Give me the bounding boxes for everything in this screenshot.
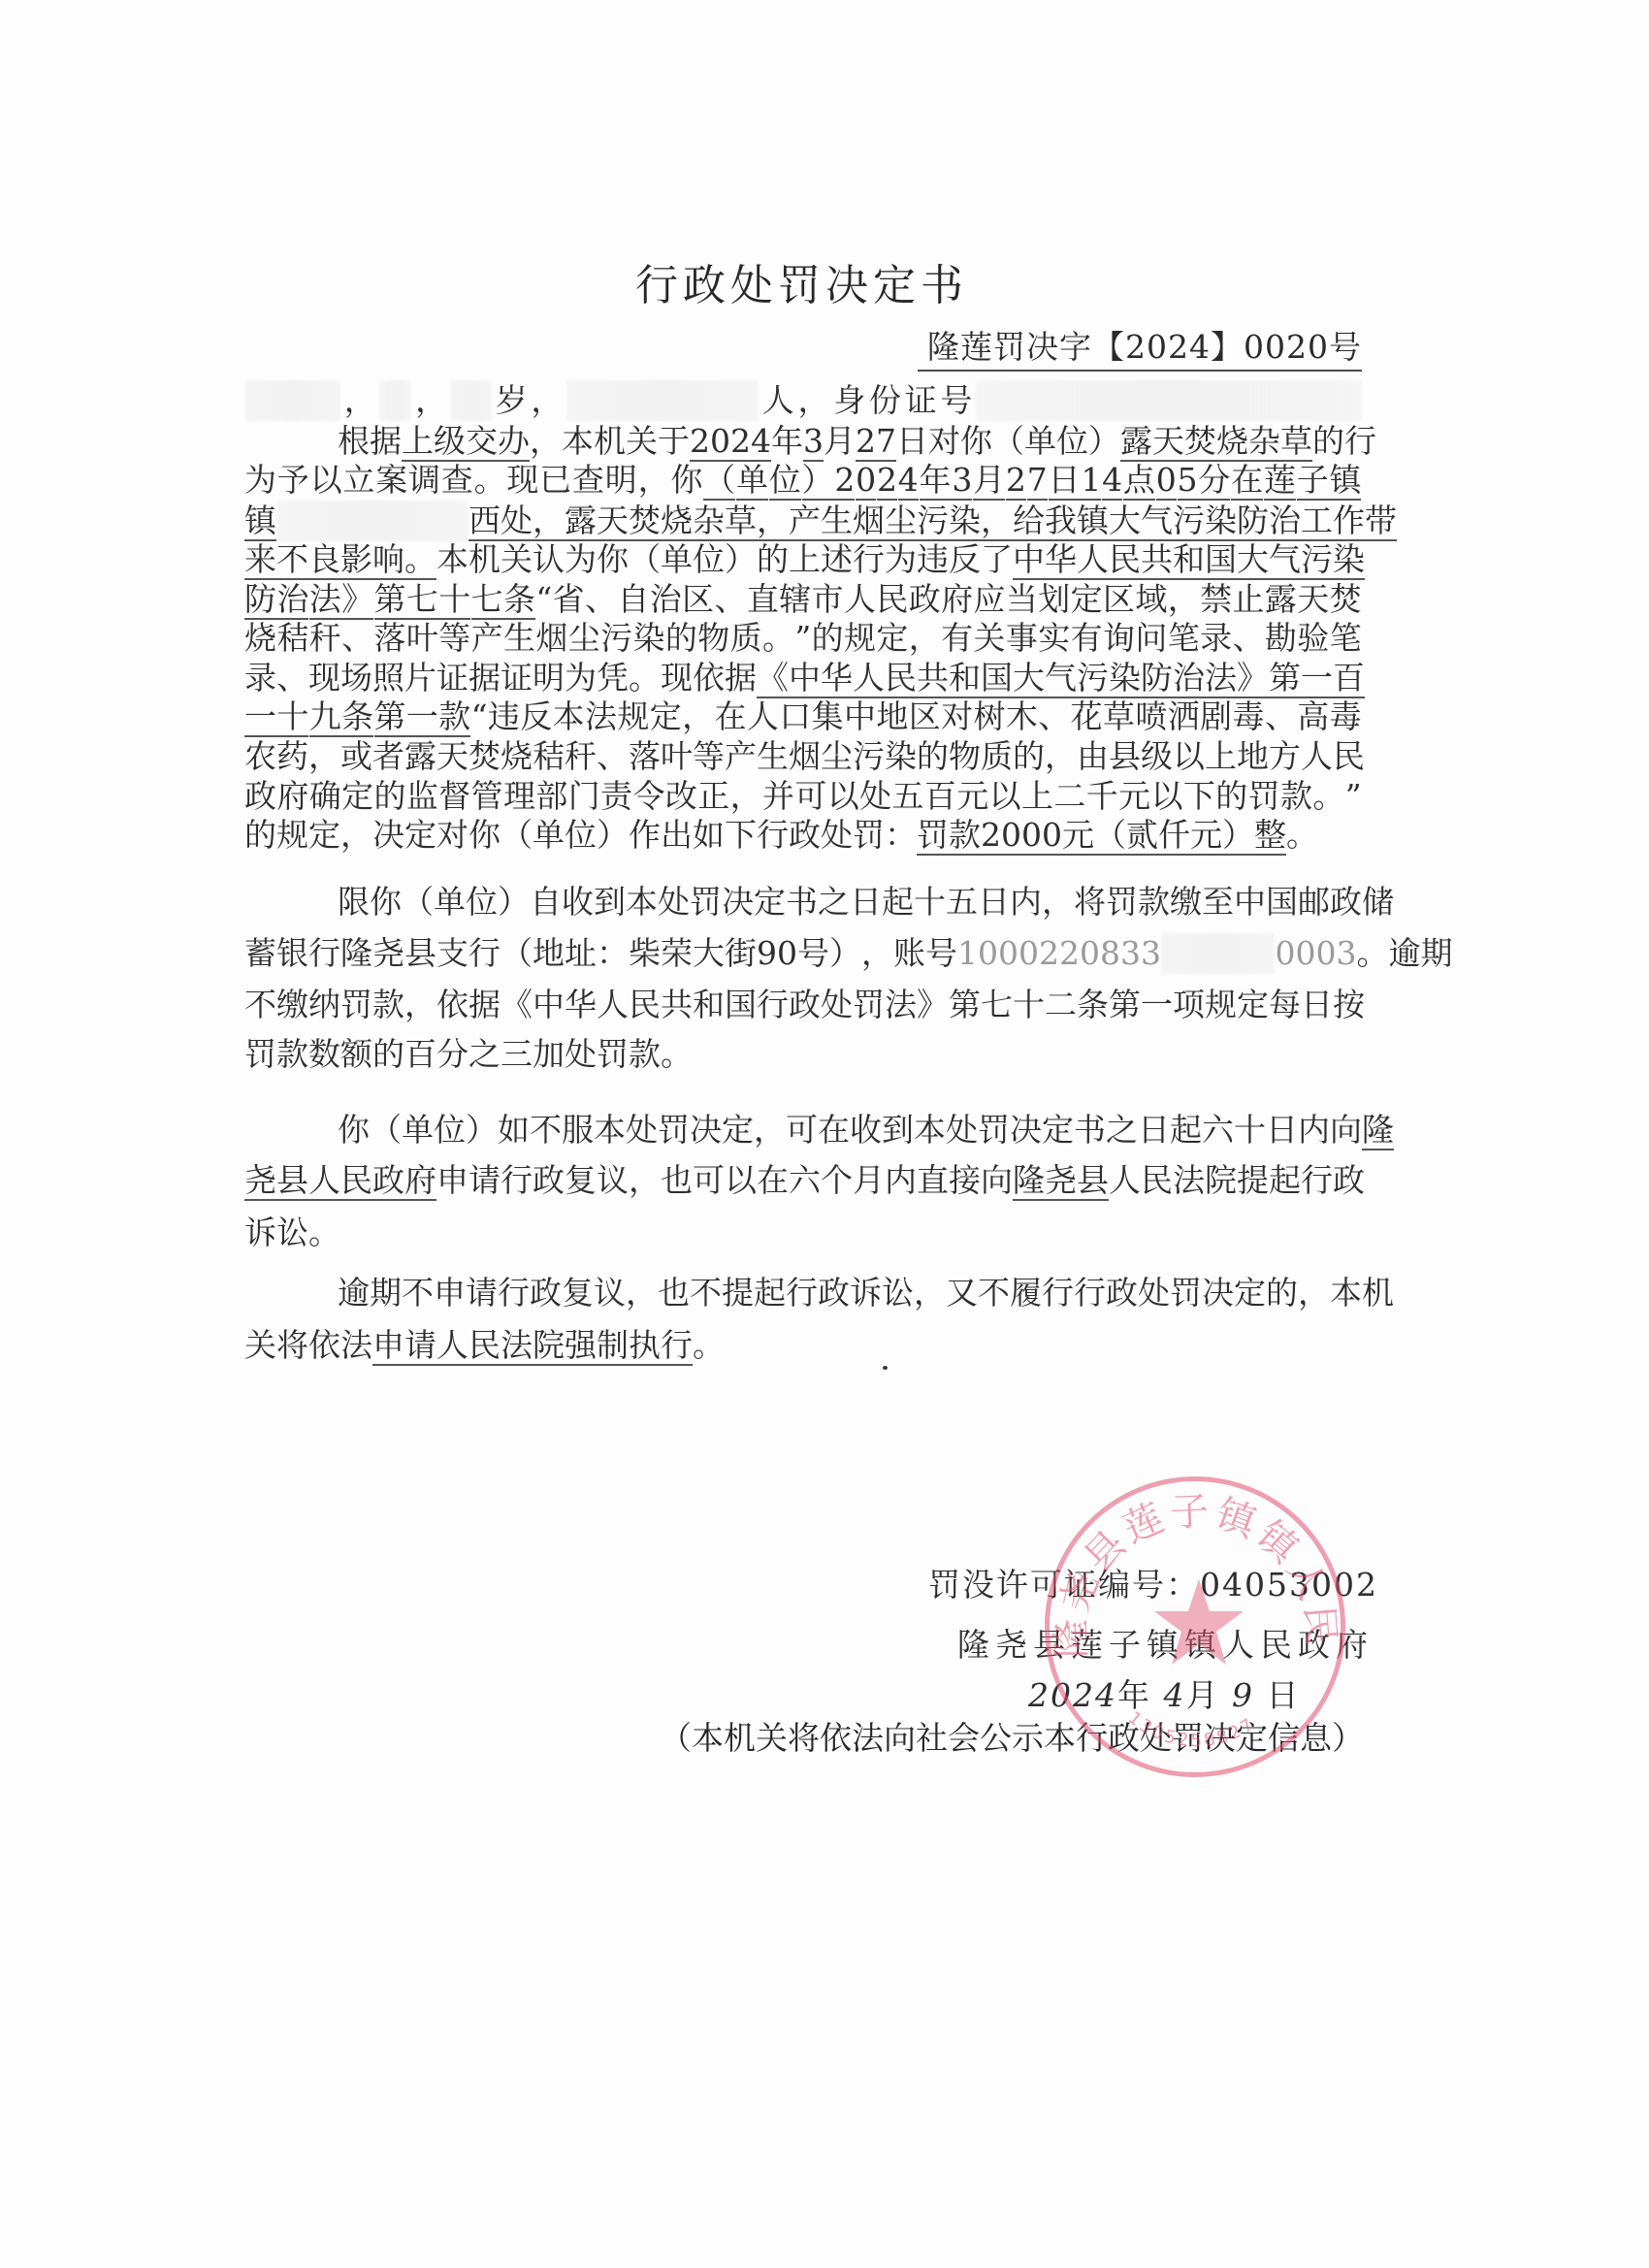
- underlined-text: 生: [821, 501, 853, 541]
- body-text: 向: [981, 1160, 1013, 1201]
- body-text: 应: [974, 579, 1006, 620]
- underlined-text: 一: [406, 697, 438, 737]
- body-text: 单: [402, 1110, 434, 1150]
- body-text: 毒: [1233, 697, 1265, 737]
- body-line: 镇镇某某村某某路西处，露天焚烧杂草，产生烟尘污染，给我镇大气污染防治工作带西处，…: [244, 501, 1362, 541]
- body-text: ，: [914, 1273, 946, 1313]
- underlined-text: （: [703, 460, 735, 501]
- underlined-text: 防: [1237, 501, 1269, 541]
- body-text: 0: [1080, 933, 1100, 974]
- body-text: 项: [1173, 985, 1205, 1025]
- body-text: 每: [1269, 985, 1301, 1025]
- body-text: 者: [372, 736, 404, 777]
- body-text: 的规定，决定对你（单位）作出如下行政处罚：: [244, 815, 917, 856]
- body-text: 个: [821, 1160, 853, 1201]
- body-text: 机: [1362, 1273, 1394, 1313]
- body-text: 你: [960, 421, 992, 462]
- body-text: 秆: [309, 618, 341, 659]
- body-line: 罚款数额的百分之三加处罚款。: [244, 1034, 1362, 1075]
- body-text: 关: [626, 421, 658, 462]
- underlined-text: 条: [341, 697, 373, 737]
- body-text: 门: [568, 776, 600, 817]
- body-text: 区: [682, 579, 714, 620]
- body-text: 罚: [1170, 1273, 1202, 1313]
- body-text: 9: [757, 933, 777, 974]
- body-text: （: [402, 882, 434, 923]
- underlined-text: 0: [1156, 460, 1177, 501]
- body-text: 上: [1205, 736, 1237, 777]
- body-text: 上: [789, 539, 821, 580]
- body-text: 位: [1056, 421, 1088, 462]
- body-text: 起: [1269, 1160, 1301, 1201]
- body-text: 政: [1106, 1273, 1138, 1313]
- body-text: ，: [415, 380, 447, 421]
- underlined-text: 污: [1173, 501, 1205, 541]
- body-text: 省: [553, 579, 585, 620]
- body-text: 事: [1006, 618, 1038, 659]
- underlined-text: 上: [402, 421, 434, 462]
- body-text: 七: [981, 985, 1013, 1025]
- body-line: 为予以立案调查。现已查明，你为予以立案调查。现已查明，你（单位）2024年3月2…: [244, 460, 1362, 501]
- body-text: 的: [812, 618, 844, 659]
- redacted-text: 王某某: [244, 380, 340, 421]
- body-text: 凭: [597, 658, 629, 698]
- body-text: 关: [501, 539, 533, 580]
- underlined-text: 十: [438, 579, 470, 620]
- body-text: 决: [1010, 1110, 1042, 1150]
- body-text: 认: [533, 539, 565, 580]
- body-text: ，: [754, 1110, 786, 1150]
- body-text: 单: [661, 539, 693, 580]
- body-text: 的: [917, 736, 949, 777]
- body-text: “: [471, 697, 488, 737]
- body-text: 区: [909, 697, 941, 737]
- body-text: 人: [844, 579, 876, 620]
- body-text: 为: [885, 539, 917, 580]
- underlined-text: 我: [1045, 501, 1077, 541]
- body-text: 五: [892, 776, 924, 817]
- body-text: ）: [829, 933, 861, 974]
- underlined-text: 1: [1081, 460, 1101, 501]
- document-title: 行政处罚决定书: [635, 250, 968, 312]
- body-text: 二: [1045, 985, 1077, 1025]
- body-text: 以: [827, 776, 859, 817]
- body-text: 在: [715, 697, 747, 737]
- body-text: 处: [821, 985, 853, 1025]
- underlined-text: 人: [853, 658, 885, 698]
- body-text: 本: [436, 539, 469, 580]
- body-text: 3: [1120, 933, 1141, 974]
- body-text: 本: [594, 1110, 626, 1150]
- body-text: 行: [1344, 421, 1376, 462]
- body-text: 千: [1086, 776, 1118, 817]
- body-text: 和: [693, 985, 725, 1025]
- body-text: 日: [1301, 985, 1333, 1025]
- underlined-text: 染: [1333, 539, 1365, 580]
- underlined-text: 中: [1013, 539, 1045, 580]
- body-text: 可: [693, 1160, 725, 1201]
- body-text: 法: [585, 697, 617, 737]
- underlined-text: 污: [1077, 658, 1109, 698]
- body-text: 。: [474, 460, 506, 501]
- underlined-text: 4: [898, 460, 919, 501]
- body-text: 不: [244, 985, 276, 1025]
- body-text: 对: [928, 421, 960, 462]
- body-text: 0: [777, 933, 797, 974]
- body-text: 自: [530, 882, 562, 923]
- body-text: 处: [859, 776, 891, 817]
- body-text: 决: [690, 1110, 722, 1150]
- underlined-text: 分: [1198, 460, 1230, 501]
- body-text: 六: [789, 1160, 821, 1201]
- body-text: 街: [725, 933, 757, 974]
- body-text: 照: [372, 658, 404, 698]
- underlined-text: 尧: [244, 1160, 276, 1201]
- body-text: 议: [594, 1273, 626, 1313]
- body-text: 在: [757, 1160, 789, 1201]
- body-text: 你: [597, 539, 629, 580]
- body-text: 复: [565, 1160, 597, 1201]
- body-text: 污: [600, 618, 632, 659]
- body-text: 生: [503, 618, 535, 659]
- body-text: 为: [565, 539, 597, 580]
- body-text: 天: [436, 736, 469, 777]
- body-text: 行: [1301, 1160, 1333, 1201]
- body-text: 部: [535, 776, 567, 817]
- underlined-text: 响: [372, 539, 404, 580]
- body-text: 起: [882, 882, 914, 923]
- body-text: 行: [469, 933, 501, 974]
- underlined-text: 杂: [693, 501, 725, 541]
- underlined-text: 日: [1049, 460, 1081, 501]
- body-text: 据: [469, 658, 501, 698]
- underlined-text: ，: [981, 501, 1013, 541]
- body-text: 、: [1233, 618, 1265, 659]
- body-text: 岁: [496, 380, 528, 421]
- body-text: 高: [1297, 697, 1329, 737]
- body-text: 3: [1336, 933, 1356, 974]
- body-text: 身: [833, 380, 865, 421]
- underlined-text: 县: [1077, 1160, 1109, 1201]
- body-text: ，: [1042, 882, 1074, 923]
- body-text: 3: [1141, 933, 1161, 974]
- body-text: 染: [633, 618, 665, 659]
- body-text: 服: [562, 1110, 594, 1150]
- underlined-text: 镇: [244, 501, 276, 541]
- body-text: 、: [597, 736, 629, 777]
- body-text: （: [992, 421, 1024, 462]
- body-text: 县: [404, 933, 436, 974]
- body-text: 定: [1042, 1110, 1074, 1150]
- body-text: 划: [1038, 579, 1070, 620]
- body-text: 督: [438, 776, 470, 817]
- body-line: 你（单位）如不服本处罚决定，可在收到本处罚决定书之日起六十日内向你（单位）如不服…: [244, 1110, 1362, 1150]
- underlined-text: 人: [308, 1160, 340, 1201]
- underlined-text: 4: [751, 421, 771, 462]
- body-text: 规: [844, 618, 876, 659]
- body-text: 。: [1312, 776, 1344, 817]
- body-text: 述: [821, 539, 853, 580]
- body-text: 定: [1071, 579, 1103, 620]
- underlined-text: 烧: [1216, 421, 1248, 462]
- body-text: 。: [762, 618, 794, 659]
- body-text: 五: [946, 882, 978, 923]
- underlined-text: 申请人民法院强制执行: [372, 1325, 693, 1366]
- body-text: 接: [949, 1160, 981, 1201]
- body-text: 喷: [1135, 697, 1167, 737]
- underlined-text: 影: [340, 539, 372, 580]
- body-text: 烧: [501, 736, 533, 777]
- underlined-text: 政: [372, 1160, 404, 1201]
- body-text: 以: [310, 460, 342, 501]
- body-text: 以: [1173, 736, 1205, 777]
- body-text: 天: [1297, 579, 1329, 620]
- body-text: 政: [789, 985, 821, 1025]
- body-text: 定: [754, 882, 786, 923]
- body-text: 剧: [1200, 697, 1232, 737]
- body-text: 之: [1106, 1110, 1138, 1150]
- body-line: 逾期不申请行政复议，也不提起行政诉讼，又不履行行政处罚决定的，本机逾期不申请行政…: [244, 1273, 1362, 1313]
- underlined-text: 气: [1141, 501, 1173, 541]
- underlined-text: 染: [1109, 658, 1141, 698]
- body-text: 方: [1269, 736, 1301, 777]
- body-text: 《: [501, 985, 533, 1025]
- body-text: 日: [978, 882, 1010, 923]
- body-line: 烧秸秆、落叶等产生烟尘污染的物质。”的规定，有关事实有询问笔录、勘验笔烧秸秆、落…: [244, 618, 1362, 659]
- body-text: 政: [818, 1273, 850, 1313]
- body-text: 处: [658, 882, 690, 923]
- body-text: 场: [340, 658, 372, 698]
- body-text: 口: [779, 697, 811, 737]
- body-text: 集: [812, 697, 844, 737]
- underlined-text: 共: [1141, 539, 1173, 580]
- body-text: 讼: [882, 1273, 914, 1313]
- body-text: 机: [469, 539, 501, 580]
- body-text: 限: [338, 882, 370, 923]
- body-text: 关: [974, 618, 1006, 659]
- body-line: 蓄银行隆尧县支行（地址：柴荣大街90号），账号蓄银行隆尧县支行（地址：柴荣大街9…: [244, 933, 1362, 974]
- underlined-text: 来: [244, 539, 276, 580]
- body-text: 依: [693, 658, 725, 698]
- underlined-text: 民: [340, 1160, 372, 1201]
- body-text: 秸: [533, 736, 565, 777]
- body-text: 书: [1074, 1110, 1106, 1150]
- body-text: （: [370, 1110, 402, 1150]
- body-text: 等: [438, 618, 470, 659]
- body-text: 大: [693, 933, 725, 974]
- body-text: 至: [1202, 882, 1234, 923]
- body-text: 在: [818, 1110, 850, 1150]
- underlined-text: 2: [856, 421, 876, 462]
- body-text: 你: [370, 882, 402, 923]
- underlined-text: 0: [710, 421, 730, 462]
- body-text: 规: [1205, 985, 1237, 1025]
- body-text: 支: [436, 933, 469, 974]
- body-text: 尧: [372, 933, 404, 974]
- body-text: 到: [594, 882, 626, 923]
- underlined-text: 华: [1045, 539, 1077, 580]
- underlined-text: 罚款2000元（贰仟元）整: [917, 815, 1286, 856]
- body-text: 的: [1013, 736, 1045, 777]
- body-text: 华: [565, 985, 597, 1025]
- document-page: 行政处罚决定书 隆莲罚决字【2024】0020号 王某某，，男，，60岁，岁，河…: [0, 0, 1649, 2268]
- body-text: 法: [1173, 1160, 1205, 1201]
- body-text: 、: [341, 618, 373, 659]
- underlined-text: 工: [1301, 501, 1333, 541]
- underlined-text: 和: [1173, 539, 1205, 580]
- underlined-text: 单: [736, 460, 768, 501]
- underlined-text: 污: [917, 501, 949, 541]
- underlined-text: 镇: [1077, 501, 1109, 541]
- body-text: 日: [1138, 1110, 1170, 1150]
- body-text: 药: [276, 736, 308, 777]
- underlined-text: 污: [1301, 539, 1333, 580]
- underlined-text: 给: [1013, 501, 1045, 541]
- redacted-text: 某某村某某路: [276, 501, 469, 541]
- body-text: 1: [957, 933, 978, 974]
- body-text: 管: [471, 776, 503, 817]
- underlined-text: 尘: [885, 501, 917, 541]
- underlined-text: 中: [789, 658, 821, 698]
- body-text: 叶: [406, 618, 438, 659]
- body-text: 县: [1109, 736, 1141, 777]
- body-text: 缴: [276, 985, 308, 1025]
- underlined-text: 草: [1280, 421, 1312, 462]
- body-text: 录: [1200, 618, 1232, 659]
- underlined-text: 年: [920, 460, 952, 501]
- body-text: 你: [338, 1110, 370, 1150]
- underlined-text: 府: [404, 1160, 436, 1201]
- underlined-text: 杂: [1248, 421, 1280, 462]
- body-text: 为: [244, 460, 276, 501]
- body-text: 并: [762, 776, 794, 817]
- body-text: 单: [434, 882, 466, 923]
- underlined-text: 草: [725, 501, 757, 541]
- body-text: 行: [757, 985, 789, 1025]
- body-text: 的: [1215, 776, 1247, 817]
- redacted-text: 130525XXXXXXXX3310: [976, 380, 1362, 421]
- issue-date-month-suffix: 月: [1185, 1676, 1219, 1714]
- body-text: 政: [244, 776, 276, 817]
- underlined-text: 7: [876, 421, 896, 462]
- body-text: ，: [909, 618, 941, 659]
- issue-date-day: 9: [1232, 1676, 1254, 1714]
- body-text: ，: [861, 933, 893, 974]
- body-text: 诉讼。: [244, 1213, 340, 1253]
- body-text: 。: [629, 658, 661, 698]
- body-text: 起: [1170, 1110, 1202, 1150]
- body-text: 行: [501, 1160, 533, 1201]
- body-text: 荣: [661, 933, 693, 974]
- body-text: 产: [725, 736, 757, 777]
- body-text: 或: [340, 736, 372, 777]
- body-text: 不: [530, 1110, 562, 1150]
- body-text: 为: [565, 658, 597, 698]
- underlined-text: 第: [374, 697, 406, 737]
- body-text: 0: [1018, 933, 1039, 974]
- body-text: 法: [885, 985, 917, 1025]
- body-text: ，: [730, 776, 762, 817]
- underlined-text: 带: [1365, 501, 1397, 541]
- underlined-text: ）: [802, 460, 834, 501]
- body-text: 不: [978, 1273, 1010, 1313]
- body-text: 案: [375, 460, 407, 501]
- body-text: 收: [562, 882, 594, 923]
- body-text: 焚: [1330, 579, 1362, 620]
- body-text: 政: [909, 579, 941, 620]
- body-text: 十: [1013, 985, 1045, 1025]
- underlined-text: 月: [973, 460, 1005, 501]
- underlined-text: 3: [952, 460, 972, 501]
- body-line: 防治法》第七十七条防治法》第七十七条“省、自治区、直辖市人民政府应当划定区域，禁…: [244, 579, 1362, 620]
- body-text: 当: [1006, 579, 1038, 620]
- body-text: 烟: [789, 736, 821, 777]
- underlined-text: 2: [1006, 460, 1026, 501]
- underlined-text: 防: [244, 579, 276, 620]
- body-text: 行: [853, 539, 885, 580]
- body-text: 收: [850, 1110, 882, 1150]
- issue-date-year-suffix: 年: [1117, 1676, 1151, 1714]
- body-text: 辖: [779, 579, 811, 620]
- body-text: 十: [914, 882, 946, 923]
- underlined-text: 治: [276, 579, 308, 620]
- body-text: 可: [786, 1110, 818, 1150]
- body-text: 责: [600, 776, 632, 817]
- body-line: 的规定，决定对你（单位）作出如下行政处罚：罚款2000元（贰仟元）整。: [244, 815, 1362, 856]
- body-text: 洒: [1168, 697, 1200, 737]
- underlined-text: 办: [498, 421, 530, 462]
- body-text: 政: [1330, 882, 1362, 923]
- underlined-text: 法: [1205, 658, 1237, 698]
- underlined-text: 气: [1269, 539, 1301, 580]
- body-text: ，: [1298, 1273, 1330, 1313]
- underlined-text: 镇: [1329, 460, 1361, 501]
- body-text: 笔: [1330, 618, 1362, 659]
- body-text: 地: [533, 933, 565, 974]
- underlined-text: 款: [438, 697, 470, 737]
- body-text: 议: [597, 1160, 629, 1201]
- underlined-text: 4: [1102, 460, 1122, 501]
- body-text: 可: [794, 776, 826, 817]
- body-line: 政府确定的监督管理部门责令改正，并可以处五百元以上二千元以下的罚款。”政府确定的…: [244, 776, 1362, 817]
- body-text: 关将依法: [244, 1325, 372, 1366]
- body-text: 起: [754, 1273, 786, 1313]
- underlined-text: 共: [917, 658, 949, 698]
- body-text: 证: [501, 658, 533, 698]
- underlined-text: 国: [1205, 539, 1237, 580]
- body-text: 提: [722, 1273, 754, 1313]
- body-text: 请: [469, 1160, 501, 1201]
- underlined-text: 县: [276, 1160, 308, 1201]
- underlined-text: 染: [1205, 501, 1237, 541]
- body-text: 中: [533, 985, 565, 1025]
- body-text: 元: [1118, 776, 1150, 817]
- body-text: 号: [925, 933, 957, 974]
- underlined-text: 人: [1077, 539, 1109, 580]
- body-text: 理: [503, 776, 535, 817]
- body-text: 查: [441, 460, 473, 501]
- body-text: 规: [617, 697, 649, 737]
- body-text: 罚: [690, 882, 722, 923]
- body-text: 现: [506, 460, 538, 501]
- underlined-text: 大: [1013, 658, 1045, 698]
- underlined-text: 条: [503, 579, 535, 620]
- body-text: ，: [530, 421, 562, 462]
- body-text: 二: [1053, 776, 1085, 817]
- underlined-text: 天: [1152, 421, 1184, 462]
- body-text: 位: [466, 882, 498, 923]
- underlined-text: 百: [1333, 658, 1365, 698]
